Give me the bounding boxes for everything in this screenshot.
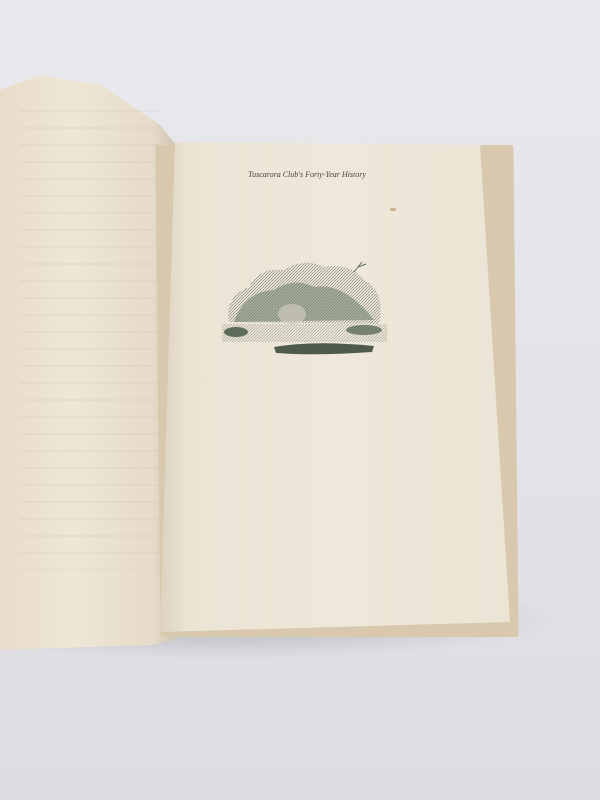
foxing-spot xyxy=(390,208,396,211)
running-header: Tuscarora Club's Forty-Year History xyxy=(242,170,372,179)
left-page-text xyxy=(20,110,160,570)
landscape-engraving-icon xyxy=(214,252,394,362)
photo-scene: Tuscarora Club's Forty-Year History xyxy=(0,0,600,800)
right-page xyxy=(160,142,510,632)
